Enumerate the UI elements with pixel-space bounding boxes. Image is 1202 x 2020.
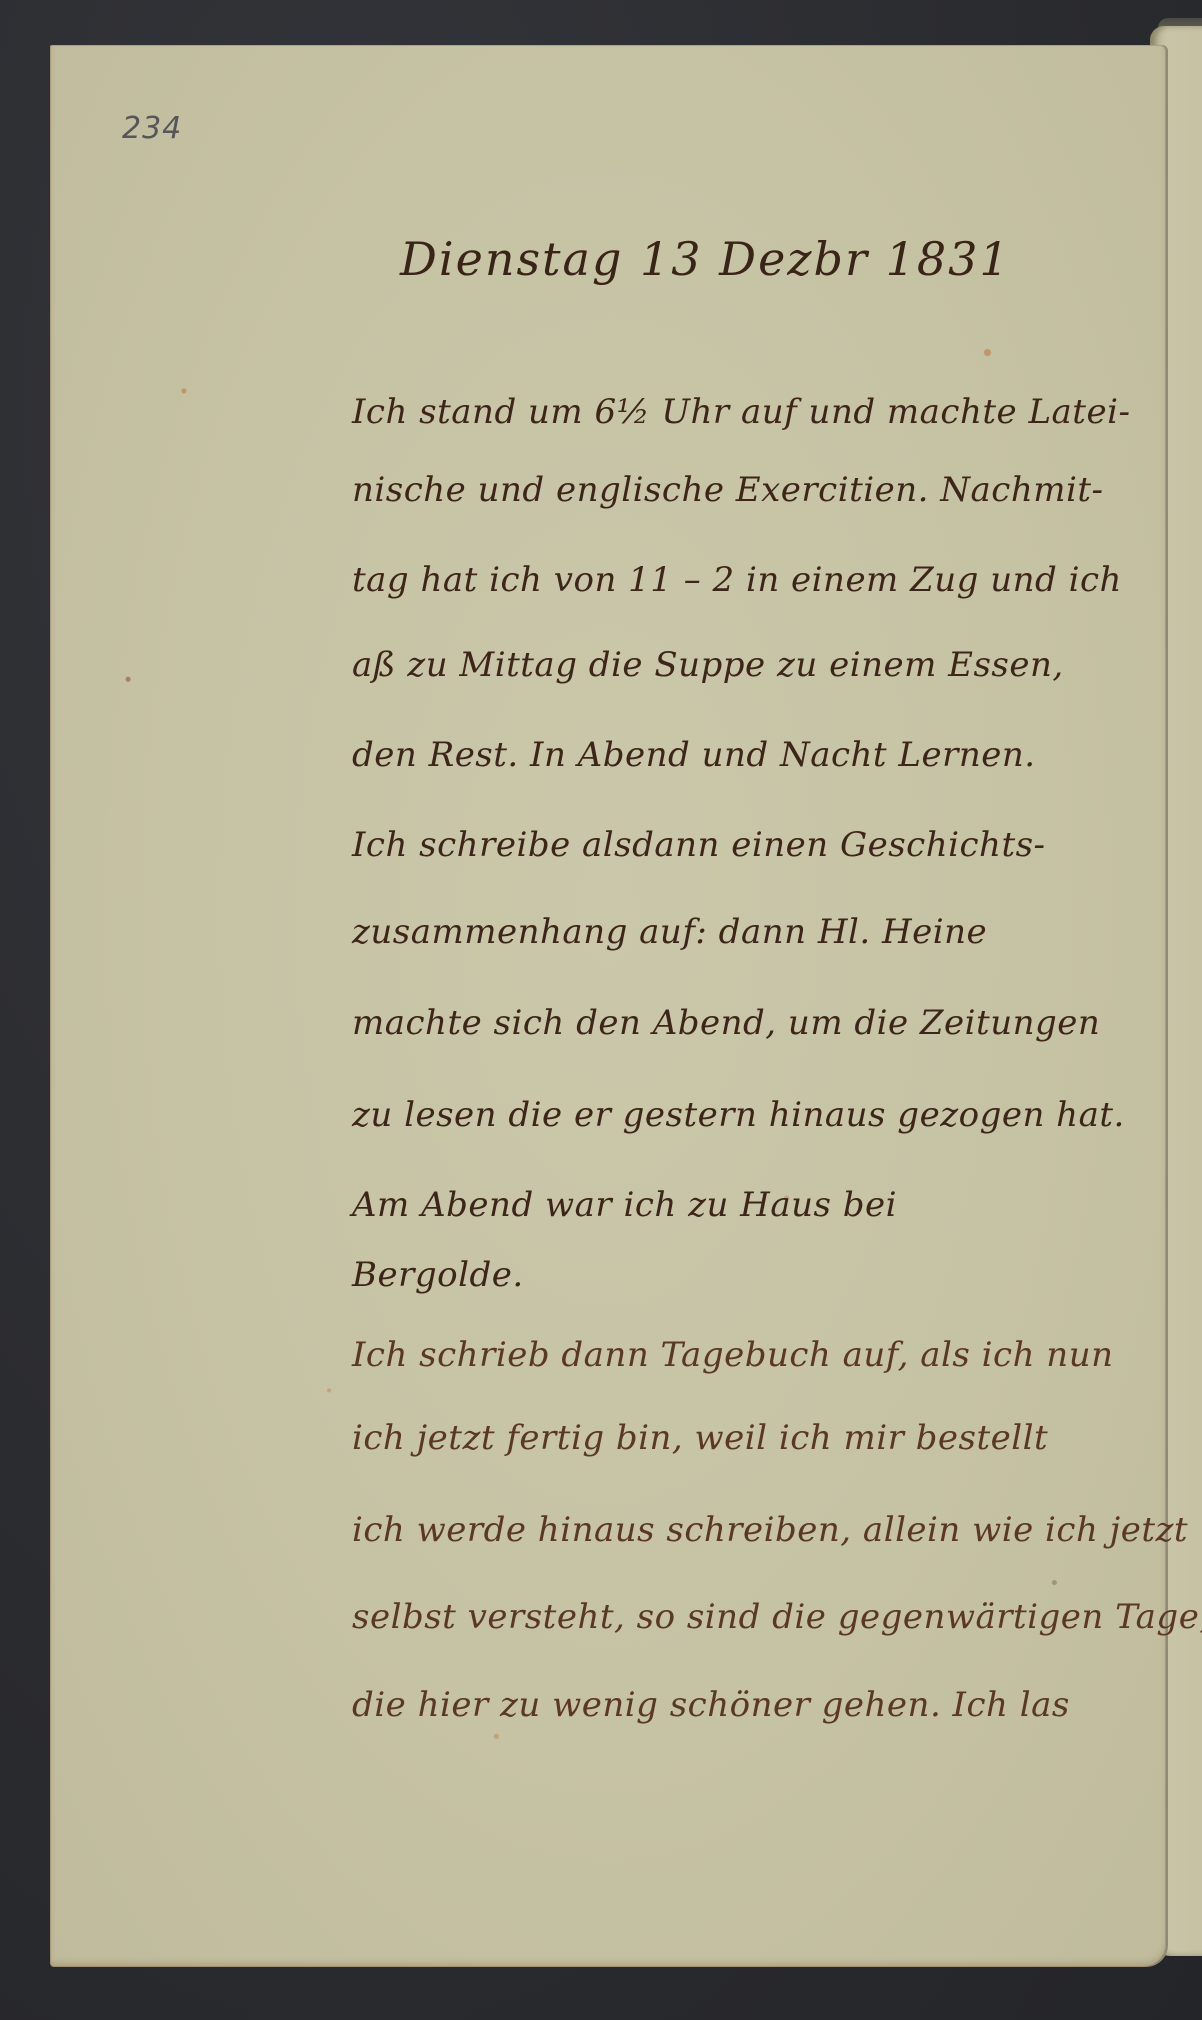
text-line-12: Ich schrieb dann Tagebuch auf, als ich n… bbox=[352, 1335, 1114, 1375]
text-line-10: Am Abend war ich zu Haus bei bbox=[352, 1185, 897, 1225]
text-line-7: zusammenhang auf: dann Hl. Heine bbox=[352, 912, 987, 952]
text-line-16: die hier zu wenig schöner gehen. Ich las bbox=[352, 1685, 1070, 1725]
text-line-6: Ich schreibe alsdann einen Geschichts- bbox=[352, 825, 1046, 865]
text-line-9: zu lesen die er gestern hinaus gezogen h… bbox=[352, 1095, 1125, 1135]
text-line-8: machte sich den Abend, um die Zeitungen bbox=[352, 1003, 1100, 1043]
text-line-5: den Rest. In Abend und Nacht Lernen. bbox=[352, 735, 1036, 775]
text-line-1: Ich stand um 6½ Uhr auf und machte Latei… bbox=[352, 392, 1130, 432]
text-line-4: aß zu Mittag die Suppe zu einem Essen, bbox=[352, 645, 1064, 685]
text-line-13: ich jetzt fertig bin, weil ich mir beste… bbox=[352, 1418, 1048, 1458]
text-line-3: tag hat ich von 11 – 2 in einem Zug und … bbox=[352, 560, 1122, 600]
folio-number: 234 bbox=[122, 111, 182, 146]
text-line-11: Bergolde. bbox=[352, 1255, 524, 1295]
text-line-15: selbst versteht, so sind die gegenwärtig… bbox=[352, 1597, 1202, 1637]
text-line-14: ich werde hinaus schreiben, allein wie i… bbox=[352, 1510, 1188, 1550]
diary-date-heading: Dienstag 13 Dezbr 1831 bbox=[400, 232, 1011, 286]
text-line-2: nische und englische Exercitien. Nachmit… bbox=[352, 470, 1103, 510]
